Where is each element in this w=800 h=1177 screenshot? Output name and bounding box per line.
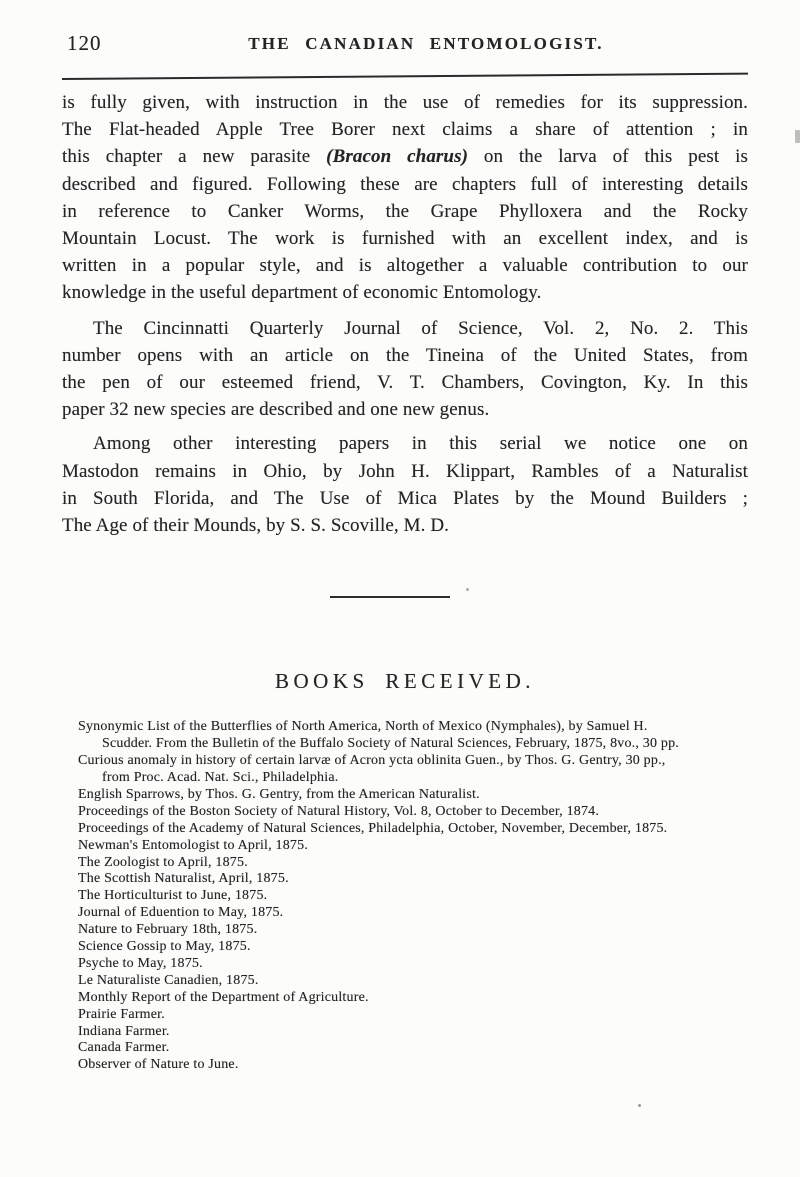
book-item-line: Monthly Report of the Department of Agri… [78,990,748,1007]
scan-edge-artifact [795,130,800,143]
text-line: number opens with an article on the Tine… [62,342,748,369]
book-item-line: Journal of Eduention to May, 1875. [78,905,748,922]
text-line: this chapter a new parasite (Bracon char… [62,143,748,170]
book-item-line: Canada Farmer. [78,1040,748,1057]
book-item: The Zoologist to April, 1875. [78,855,748,872]
book-item: Canada Farmer. [78,1040,748,1057]
book-item-line: Newman's Entomologist to April, 1875. [78,838,748,855]
book-item: Psyche to May, 1875. [78,956,748,973]
book-item-line: Science Gossip to May, 1875. [78,939,748,956]
text-line: Among other interesting papers in this s… [62,430,748,457]
book-item-line: Nature to February 18th, 1875. [78,922,748,939]
book-item: Proceedings of the Boston Society of Nat… [78,804,748,821]
text-line: The Flat-headed Apple Tree Borer next cl… [62,116,748,143]
book-item: Monthly Report of the Department of Agri… [78,990,748,1007]
header-rule [62,73,748,80]
book-item-line: Prairie Farmer. [78,1007,748,1024]
scanned-journal-page: 120 THE CANADIAN ENTOMOLOGIST. is fully … [0,0,800,1177]
book-item-line: Psyche to May, 1875. [78,956,748,973]
books-received-heading: BOOKS RECEIVED. [62,669,748,693]
book-item-line: Scudder. From the Bulletin of the Buffal… [78,736,748,753]
book-item-line: The Zoologist to April, 1875. [78,855,748,872]
text-line: knowledge in the useful department of ec… [62,279,748,306]
books-received-list: Synonymic List of the Butterflies of Nor… [62,719,748,1074]
book-item: Curious anomaly in history of certain la… [78,753,748,787]
book-item: The Scottish Naturalist, April, 1875. [78,871,748,888]
book-item-line: from Proc. Acad. Nat. Sci., Philadelphia… [78,770,748,787]
book-item: Prairie Farmer. [78,1007,748,1024]
text-segment: on the larva of this pest is [468,146,748,167]
scan-speck [638,1104,641,1107]
book-item-line: The Horticulturist to June, 1875. [78,888,748,905]
text-line: described and figured. Following these a… [62,171,748,198]
book-item-line: Proceedings of the Boston Society of Nat… [78,804,748,821]
paragraph-book-review: is fully given, with instruction in the … [62,89,748,307]
scan-speck [466,588,469,591]
book-item: Nature to February 18th, 1875. [78,922,748,939]
book-item: English Sparrows, by Thos. G. Gentry, fr… [78,787,748,804]
book-item: Observer of Nature to June. [78,1057,748,1074]
text-line: is fully given, with instruction in the … [62,89,748,116]
text-line: the pen of our esteemed friend, V. T. Ch… [62,369,748,396]
section-divider [330,596,450,598]
book-item-line: Observer of Nature to June. [78,1057,748,1074]
text-line: Mountain Locust. The work is furnished w… [62,225,748,252]
journal-title: THE CANADIAN ENTOMOLOGIST. [62,34,748,54]
book-item: Le Naturaliste Canadien, 1875. [78,973,748,990]
book-item: The Horticulturist to June, 1875. [78,888,748,905]
text-column: is fully given, with instruction in the … [62,89,748,1074]
text-line: The Age of their Mounds, by S. S. Scovil… [62,512,748,539]
text-line: written in a popular style, and is altog… [62,252,748,279]
book-item: Synonymic List of the Butterflies of Nor… [78,719,748,753]
species-name-italic: (Bracon charus) [326,146,468,167]
text-line: in reference to Canker Worms, the Grape … [62,198,748,225]
text-line: The Cincinnatti Quarterly Journal of Sci… [62,315,748,342]
book-item-line: Proceedings of the Academy of Natural Sc… [78,821,748,838]
book-item-line: The Scottish Naturalist, April, 1875. [78,871,748,888]
book-item-line: Le Naturaliste Canadien, 1875. [78,973,748,990]
paragraph-other-papers: Among other interesting papers in this s… [62,430,748,539]
book-item-line: Indiana Farmer. [78,1024,748,1041]
text-line: Mastodon remains in Ohio, by John H. Kli… [62,458,748,485]
book-item-line: Synonymic List of the Butterflies of Nor… [78,719,748,736]
book-item-line: English Sparrows, by Thos. G. Gentry, fr… [78,787,748,804]
book-item: Newman's Entomologist to April, 1875. [78,838,748,855]
book-item: Science Gossip to May, 1875. [78,939,748,956]
book-item: Proceedings of the Academy of Natural Sc… [78,821,748,838]
text-line: paper 32 new species are described and o… [62,396,748,423]
text-segment: this chapter a new parasite [62,146,326,167]
book-item: Journal of Eduention to May, 1875. [78,905,748,922]
text-line: in South Florida, and The Use of Mica Pl… [62,485,748,512]
book-item-line: Curious anomaly in history of certain la… [78,753,748,770]
paragraph-cincinnati-journal: The Cincinnatti Quarterly Journal of Sci… [62,315,748,424]
book-item: Indiana Farmer. [78,1024,748,1041]
